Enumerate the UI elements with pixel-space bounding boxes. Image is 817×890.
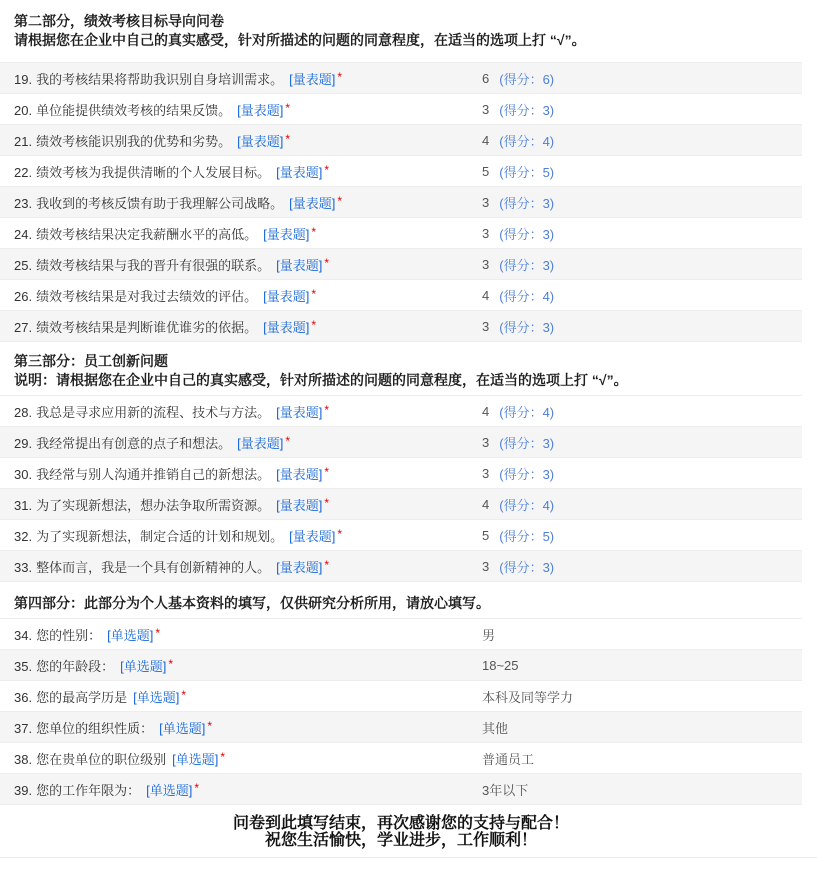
section-subtitle: 说明：请根据您在企业中自己的真实感受，针对所描述的问题的同意程度，在适当的选项上… [14, 371, 817, 390]
question-table: 34.您的性别：[单选题]* 男 35.您的年龄段：[单选题]* 18~25 3… [0, 618, 802, 805]
question-row: 39.您的工作年限为：[单选题]* 3年以下 [0, 774, 802, 805]
required-asterisk: * [324, 403, 329, 417]
score-label: (得分：5) [499, 526, 554, 545]
result-cell: 3 (得分：3) [482, 317, 554, 336]
question-type-link[interactable]: [单选题] [120, 659, 166, 674]
score-label: (得分：3) [499, 224, 554, 243]
score-label: (得分：3) [499, 193, 554, 212]
question-row: 23.我收到的考核反馈有助于我理解公司战略。[量表题]* 3 (得分：3) [0, 187, 802, 218]
score-label: (得分：3) [499, 433, 554, 452]
score-value: 5 [482, 164, 489, 179]
answer-text: 其他 [482, 718, 508, 737]
score-value: 4 [482, 133, 489, 148]
required-asterisk: * [324, 496, 329, 510]
footer-message: 问卷到此填写结束，再次感谢您的支持与配合！ 祝您生活愉快，学业进步，工作顺利！ [0, 815, 802, 849]
score-value: 3 [482, 226, 489, 241]
required-asterisk: * [324, 256, 329, 270]
question-table: 19.我的考核结果将帮助我识别自身培训需求。[量表题]* 6 (得分：6) 20… [0, 62, 802, 342]
question-cell: 22.绩效考核为我提供清晰的个人发展目标。[量表题]* [0, 162, 482, 181]
question-number: 19. [14, 72, 32, 87]
result-cell: 4 (得分：4) [482, 286, 554, 305]
section-header: 第三部分：员工创新问题 说明：请根据您在企业中自己的真实感受，针对所描述的问题的… [0, 352, 817, 390]
question-row: 35.您的年龄段：[单选题]* 18~25 [0, 650, 802, 681]
required-asterisk: * [337, 70, 342, 84]
question-row: 19.我的考核结果将帮助我识别自身培训需求。[量表题]* 6 (得分：6) [0, 63, 802, 94]
question-number: 30. [14, 467, 32, 482]
result-cell: 18~25 [482, 658, 519, 673]
question-type-link[interactable]: [单选题] [146, 783, 192, 798]
required-asterisk: * [311, 225, 316, 239]
question-number: 33. [14, 560, 32, 575]
footer-thanks-line1: 问卷到此填写结束，再次感谢您的支持与配合！ [0, 815, 802, 832]
answer-text: 男 [482, 625, 495, 644]
answer-text: 3年以下 [482, 780, 528, 799]
score-value: 6 [482, 71, 489, 86]
question-number: 27. [14, 320, 32, 335]
question-cell: 28.我总是寻求应用新的流程、技术与方法。[量表题]* [0, 402, 482, 421]
required-asterisk: * [324, 465, 329, 479]
section-title: 第四部分：此部分为个人基本资料的填写，仅供研究分析所用，请放心填写。 [14, 594, 817, 613]
question-cell: 25.绩效考核结果与我的晋升有很强的联系。[量表题]* [0, 255, 482, 274]
question-row: 26.绩效考核结果是对我过去绩效的评估。[量表题]* 4 (得分：4) [0, 280, 802, 311]
score-value: 4 [482, 497, 489, 512]
required-asterisk: * [207, 719, 212, 733]
result-cell: 普通员工 [482, 749, 534, 768]
question-cell: 19.我的考核结果将帮助我识别自身培训需求。[量表题]* [0, 69, 482, 88]
question-row: 29.我经常提出有创意的点子和想法。[量表题]* 3 (得分：3) [0, 427, 802, 458]
question-text: 我的考核结果将帮助我识别自身培训需求。 [36, 72, 283, 87]
question-number: 35. [14, 659, 32, 674]
question-text: 单位能提供绩效考核的结果反馈。 [36, 103, 231, 118]
question-type-link[interactable]: [量表题] [237, 103, 283, 118]
result-cell: 3年以下 [482, 780, 528, 799]
question-number: 32. [14, 529, 32, 544]
question-number: 23. [14, 196, 32, 211]
result-cell: 3 (得分：3) [482, 464, 554, 483]
section-header: 第四部分：此部分为个人基本资料的填写，仅供研究分析所用，请放心填写。 [0, 594, 817, 613]
score-label: (得分：3) [499, 255, 554, 274]
question-type-link[interactable]: [量表题] [289, 196, 335, 211]
required-asterisk: * [181, 688, 186, 702]
question-cell: 24.绩效考核结果决定我薪酬水平的高低。[量表题]* [0, 224, 482, 243]
question-text: 整体而言，我是一个具有创新精神的人。 [36, 560, 270, 575]
section-title: 第二部分，绩效考核目标导向问卷 [14, 12, 817, 31]
question-text: 绩效考核结果与我的晋升有很强的联系。 [36, 258, 270, 273]
score-value: 5 [482, 528, 489, 543]
score-label: (得分：3) [499, 100, 554, 119]
question-type-link[interactable]: [量表题] [263, 320, 309, 335]
score-label: (得分：5) [499, 162, 554, 181]
question-table: 28.我总是寻求应用新的流程、技术与方法。[量表题]* 4 (得分：4) 29.… [0, 395, 802, 582]
question-type-link[interactable]: [量表题] [289, 529, 335, 544]
required-asterisk: * [337, 194, 342, 208]
question-row: 36.您的最高学历是[单选题]* 本科及同等学力 [0, 681, 802, 712]
score-value: 4 [482, 288, 489, 303]
question-number: 36. [14, 690, 32, 705]
question-text: 您的年龄段： [36, 659, 114, 674]
question-number: 28. [14, 405, 32, 420]
question-cell: 29.我经常提出有创意的点子和想法。[量表题]* [0, 433, 482, 452]
question-cell: 36.您的最高学历是[单选题]* [0, 687, 482, 706]
answer-text: 18~25 [482, 658, 519, 673]
question-cell: 34.您的性别：[单选题]* [0, 625, 482, 644]
question-cell: 31.为了实现新想法，想办法争取所需资源。[量表题]* [0, 495, 482, 514]
score-value: 3 [482, 195, 489, 210]
question-number: 21. [14, 134, 32, 149]
question-text: 绩效考核能识别我的优势和劣势。 [36, 134, 231, 149]
question-number: 37. [14, 721, 32, 736]
question-type-link[interactable]: [单选题] [133, 690, 179, 705]
question-number: 24. [14, 227, 32, 242]
question-text: 绩效考核为我提供清晰的个人发展目标。 [36, 165, 270, 180]
question-number: 34. [14, 628, 32, 643]
question-type-link[interactable]: [量表题] [276, 560, 322, 575]
question-number: 29. [14, 436, 32, 451]
question-type-link[interactable]: [单选题] [159, 721, 205, 736]
score-value: 3 [482, 435, 489, 450]
required-asterisk: * [324, 558, 329, 572]
answer-text: 普通员工 [482, 749, 534, 768]
score-value: 3 [482, 319, 489, 334]
question-cell: 20.单位能提供绩效考核的结果反馈。[量表题]* [0, 100, 482, 119]
score-value: 4 [482, 404, 489, 419]
question-type-link[interactable]: [单选题] [172, 752, 218, 767]
score-label: (得分：6) [499, 69, 554, 88]
score-value: 3 [482, 102, 489, 117]
question-number: 38. [14, 752, 32, 767]
question-cell: 27.绩效考核结果是判断谁优谁劣的依据。[量表题]* [0, 317, 482, 336]
result-cell: 5 (得分：5) [482, 526, 554, 545]
question-text: 您的最高学历是 [36, 690, 127, 705]
question-text: 绩效考核结果决定我薪酬水平的高低。 [36, 227, 257, 242]
section-header: 第二部分，绩效考核目标导向问卷 请根据您在企业中自己的真实感受，针对所描述的问题… [0, 0, 817, 50]
question-number: 31. [14, 498, 32, 513]
result-cell: 5 (得分：5) [482, 162, 554, 181]
question-text: 我经常与别人沟通并推销自己的新想法。 [36, 467, 270, 482]
result-cell: 4 (得分：4) [482, 402, 554, 421]
section-part3: 第三部分：员工创新问题 说明：请根据您在企业中自己的真实感受，针对所描述的问题的… [0, 352, 817, 582]
question-cell: 37.您单位的组织性质：[单选题]* [0, 718, 482, 737]
section-part2: 第二部分，绩效考核目标导向问卷 请根据您在企业中自己的真实感受，针对所描述的问题… [0, 0, 817, 342]
question-cell: 33.整体而言，我是一个具有创新精神的人。[量表题]* [0, 557, 482, 576]
question-row: 38.您在贵单位的职位级别[单选题]* 普通员工 [0, 743, 802, 774]
section-subtitle: 请根据您在企业中自己的真实感受，针对所描述的问题的同意程度，在适当的选项上打 “… [14, 31, 817, 50]
question-text: 您在贵单位的职位级别 [36, 752, 166, 767]
question-row: 22.绩效考核为我提供清晰的个人发展目标。[量表题]* 5 (得分：5) [0, 156, 802, 187]
result-cell: 3 (得分：3) [482, 433, 554, 452]
score-value: 3 [482, 559, 489, 574]
question-row: 21.绩效考核能识别我的优势和劣势。[量表题]* 4 (得分：4) [0, 125, 802, 156]
section-title: 第三部分：员工创新问题 [14, 352, 817, 371]
result-cell: 3 (得分：3) [482, 100, 554, 119]
required-asterisk: * [337, 527, 342, 541]
question-cell: 35.您的年龄段：[单选题]* [0, 656, 482, 675]
question-text: 您的性别： [36, 628, 101, 643]
question-number: 25. [14, 258, 32, 273]
required-asterisk: * [285, 132, 290, 146]
score-value: 3 [482, 257, 489, 272]
question-row: 30.我经常与别人沟通并推销自己的新想法。[量表题]* 3 (得分：3) [0, 458, 802, 489]
score-label: (得分：4) [499, 495, 554, 514]
question-text: 我总是寻求应用新的流程、技术与方法。 [36, 405, 270, 420]
question-type-link[interactable]: [量表题] [276, 165, 322, 180]
question-cell: 39.您的工作年限为：[单选题]* [0, 780, 482, 799]
question-row: 25.绩效考核结果与我的晋升有很强的联系。[量表题]* 3 (得分：3) [0, 249, 802, 280]
question-row: 24.绩效考核结果决定我薪酬水平的高低。[量表题]* 3 (得分：3) [0, 218, 802, 249]
required-asterisk: * [311, 318, 316, 332]
question-text: 为了实现新想法，想办法争取所需资源。 [36, 498, 270, 513]
score-label: (得分：4) [499, 402, 554, 421]
question-row: 31.为了实现新想法，想办法争取所需资源。[量表题]* 4 (得分：4) [0, 489, 802, 520]
required-asterisk: * [285, 101, 290, 115]
result-cell: 3 (得分：3) [482, 193, 554, 212]
required-asterisk: * [324, 163, 329, 177]
question-number: 26. [14, 289, 32, 304]
question-cell: 38.您在贵单位的职位级别[单选题]* [0, 749, 482, 768]
result-cell: 3 (得分：3) [482, 557, 554, 576]
required-asterisk: * [220, 750, 225, 764]
result-cell: 4 (得分：4) [482, 495, 554, 514]
answer-text: 本科及同等学力 [482, 687, 573, 706]
question-type-link[interactable]: [量表题] [289, 72, 335, 87]
question-type-link[interactable]: [量表题] [276, 498, 322, 513]
required-asterisk: * [311, 287, 316, 301]
question-type-link[interactable]: [量表题] [237, 436, 283, 451]
section-part4: 第四部分：此部分为个人基本资料的填写，仅供研究分析所用，请放心填写。 34.您的… [0, 594, 817, 805]
question-number: 20. [14, 103, 32, 118]
result-cell: 男 [482, 625, 495, 644]
result-cell: 4 (得分：4) [482, 131, 554, 150]
result-cell: 3 (得分：3) [482, 224, 554, 243]
question-type-link[interactable]: [量表题] [263, 227, 309, 242]
question-number: 22. [14, 165, 32, 180]
question-text: 绩效考核结果是对我过去绩效的评估。 [36, 289, 257, 304]
question-number: 39. [14, 783, 32, 798]
question-row: 37.您单位的组织性质：[单选题]* 其他 [0, 712, 802, 743]
score-label: (得分：4) [499, 131, 554, 150]
question-text: 绩效考核结果是判断谁优谁劣的依据。 [36, 320, 257, 335]
question-text: 为了实现新想法，制定合适的计划和规划。 [36, 529, 283, 544]
question-row: 33.整体而言，我是一个具有创新精神的人。[量表题]* 3 (得分：3) [0, 551, 802, 582]
question-type-link[interactable]: [量表题] [276, 467, 322, 482]
question-cell: 21.绩效考核能识别我的优势和劣势。[量表题]* [0, 131, 482, 150]
score-value: 3 [482, 466, 489, 481]
question-row: 20.单位能提供绩效考核的结果反馈。[量表题]* 3 (得分：3) [0, 94, 802, 125]
footer-thanks-line2: 祝您生活愉快，学业进步，工作顺利！ [0, 832, 802, 849]
question-cell: 32.为了实现新想法，制定合适的计划和规划。[量表题]* [0, 526, 482, 545]
required-asterisk: * [155, 626, 160, 640]
score-label: (得分：3) [499, 317, 554, 336]
question-text: 我经常提出有创意的点子和想法。 [36, 436, 231, 451]
question-row: 28.我总是寻求应用新的流程、技术与方法。[量表题]* 4 (得分：4) [0, 396, 802, 427]
required-asterisk: * [285, 434, 290, 448]
score-label: (得分：3) [499, 464, 554, 483]
result-cell: 本科及同等学力 [482, 687, 573, 706]
question-text: 您单位的组织性质： [36, 721, 153, 736]
question-type-link[interactable]: [单选题] [107, 628, 153, 643]
question-cell: 30.我经常与别人沟通并推销自己的新想法。[量表题]* [0, 464, 482, 483]
required-asterisk: * [194, 781, 199, 795]
question-cell: 26.绩效考核结果是对我过去绩效的评估。[量表题]* [0, 286, 482, 305]
question-row: 32.为了实现新想法，制定合适的计划和规划。[量表题]* 5 (得分：5) [0, 520, 802, 551]
question-text: 我收到的考核反馈有助于我理解公司战略。 [36, 196, 283, 211]
question-row: 27.绩效考核结果是判断谁优谁劣的依据。[量表题]* 3 (得分：3) [0, 311, 802, 342]
question-type-link[interactable]: [量表题] [276, 258, 322, 273]
question-type-link[interactable]: [量表题] [276, 405, 322, 420]
result-cell: 3 (得分：3) [482, 255, 554, 274]
score-label: (得分：3) [499, 557, 554, 576]
score-label: (得分：4) [499, 286, 554, 305]
question-text: 您的工作年限为： [36, 783, 140, 798]
question-type-link[interactable]: [量表题] [237, 134, 283, 149]
result-cell: 6 (得分：6) [482, 69, 554, 88]
question-type-link[interactable]: [量表题] [263, 289, 309, 304]
required-asterisk: * [168, 657, 173, 671]
question-cell: 23.我收到的考核反馈有助于我理解公司战略。[量表题]* [0, 193, 482, 212]
result-cell: 其他 [482, 718, 508, 737]
bottom-divider [0, 857, 817, 858]
question-row: 34.您的性别：[单选题]* 男 [0, 619, 802, 650]
